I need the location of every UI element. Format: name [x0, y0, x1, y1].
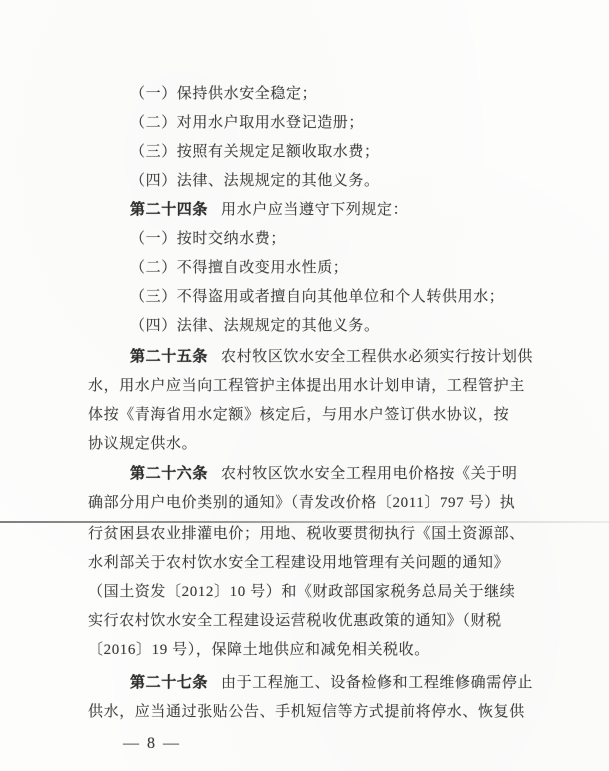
line-text: （四）法律、法规规定的其他义务。	[130, 173, 380, 189]
line-text: （一）保持供水安全稳定；	[130, 86, 317, 102]
page-number: — 8 —	[123, 735, 181, 753]
article-number: 第二十四条	[130, 202, 208, 218]
line-text: 体按《青海省用水定额》核定后，与用水户签订供水协议，按	[88, 407, 509, 423]
text-line: 实行农村饮水安全工程建设运营税收优惠政策的通知》（财税	[88, 607, 540, 636]
line-text: （三）按照有关规定足额收取水费；	[130, 144, 380, 160]
line-text: （四）法律、法规规定的其他义务。	[130, 318, 380, 334]
text-line: 行贫困县农业排灌电价；用地、税收要贯彻执行《国土资源部、	[88, 520, 540, 549]
line-text: （一）按时交纳水费；	[130, 231, 286, 247]
text-line: （三）按照有关规定足额收取水费；	[130, 138, 540, 167]
line-text: 供水，应当通过张贴公告、手机短信等方式提前将停水、恢复供	[88, 704, 525, 720]
scan-artifact-line	[0, 521, 609, 523]
line-text: （国土资发〔2012〕10 号）和《财政部国家税务总局关于继续	[88, 584, 515, 600]
article-number: 第二十六条	[130, 466, 208, 482]
text-line: 〔2016〕19 号），保障土地供应和减免相关税收。	[88, 636, 540, 665]
scanned-document-page: （一）保持供水安全稳定；（二）对用水户取用水登记造册；（三）按照有关规定足额收取…	[0, 0, 609, 771]
line-text: 确部分用户电价类别的通知》（青发改价格〔2011〕797 号）执	[88, 495, 515, 511]
line-text: （二）不得擅自改变用水性质；	[130, 260, 348, 276]
article-number: 第二十五条	[130, 349, 208, 365]
text-line: （二）对用水户取用水登记造册；	[130, 109, 540, 138]
line-text: 协议规定供水。	[88, 436, 197, 452]
line-text: 由于工程施工、设备检修和工程维修确需停止	[221, 675, 533, 691]
line-text: 行贫困县农业排灌电价；用地、税收要贯彻执行《国土资源部、	[88, 526, 525, 542]
line-text: 农村牧区饮水安全工程供水必须实行按计划供	[221, 349, 533, 365]
article-heading-line: 第二十七条由于工程施工、设备检修和工程维修确需停止	[130, 669, 540, 698]
text-line: （三）不得盗用或者擅自向其他单位和个人转供用水；	[130, 283, 540, 312]
text-line: 确部分用户电价类别的通知》（青发改价格〔2011〕797 号）执	[88, 489, 540, 518]
text-line: （一）保持供水安全稳定；	[130, 80, 540, 109]
text-line: （一）按时交纳水费；	[130, 225, 540, 254]
text-line: （二）不得擅自改变用水性质；	[130, 254, 540, 283]
text-line: （国土资发〔2012〕10 号）和《财政部国家税务总局关于继续	[88, 578, 540, 607]
line-text: 水，用水户应当向工程管护主体提出用水计划申请，工程管护主	[88, 378, 525, 394]
line-text: 实行农村饮水安全工程建设运营税收优惠政策的通知》（财税	[88, 613, 502, 629]
article-heading-line: 第二十四条用水户应当遵守下列规定：	[130, 196, 540, 225]
article-heading-line: 第二十五条农村牧区饮水安全工程供水必须实行按计划供	[130, 343, 540, 372]
document-body: （一）保持供水安全稳定；（二）对用水户取用水登记造册；（三）按照有关规定足额收取…	[88, 80, 540, 727]
line-text: 〔2016〕19 号），保障土地供应和减免相关税收。	[88, 642, 430, 658]
article-heading-line: 第二十六条农村牧区饮水安全工程用电价格按《关于明	[130, 460, 540, 489]
article-number: 第二十七条	[130, 675, 208, 691]
line-text: 用水户应当遵守下列规定：	[221, 202, 408, 218]
line-text: 水利部关于农村饮水安全工程建设用地管理有关问题的通知》	[88, 555, 509, 571]
text-line: 协议规定供水。	[88, 430, 540, 459]
text-line: 水，用水户应当向工程管护主体提出用水计划申请，工程管护主	[88, 372, 540, 401]
line-text: 农村牧区饮水安全工程用电价格按《关于明	[221, 466, 517, 482]
text-line: 供水，应当通过张贴公告、手机短信等方式提前将停水、恢复供	[88, 698, 540, 727]
text-line: （四）法律、法规规定的其他义务。	[130, 312, 540, 341]
text-line: （四）法律、法规规定的其他义务。	[130, 167, 540, 196]
text-line: 水利部关于农村饮水安全工程建设用地管理有关问题的通知》	[88, 549, 540, 578]
line-text: （三）不得盗用或者擅自向其他单位和个人转供用水；	[130, 289, 504, 305]
text-line: 体按《青海省用水定额》核定后，与用水户签订供水协议，按	[88, 401, 540, 430]
line-text: （二）对用水户取用水登记造册；	[130, 115, 364, 131]
